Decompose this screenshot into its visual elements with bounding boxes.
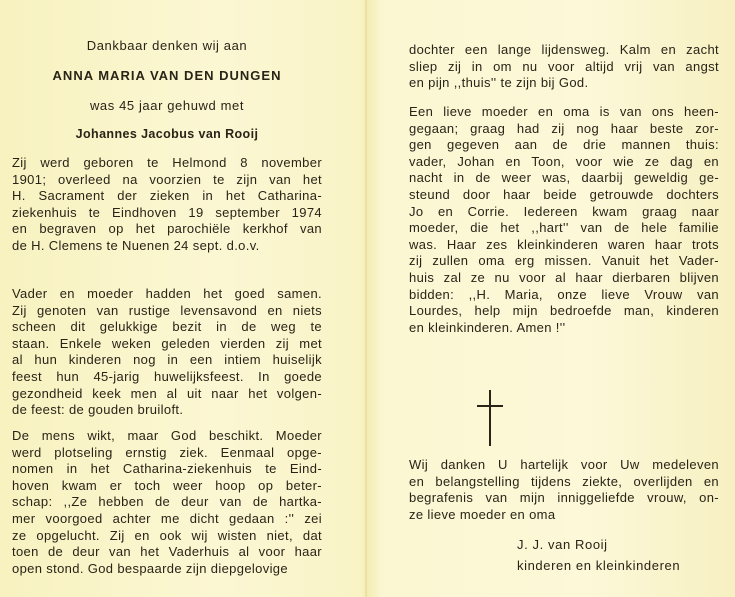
text-line: sliep zij in om nu voor altijd vrij van … (409, 59, 719, 76)
text-line: al hun kinderen nog in een intiem huisel… (12, 352, 322, 369)
spouse-name: Johannes Jacobus van Rooij (12, 127, 322, 141)
married-line: was 45 jaar gehuwd met (12, 98, 322, 113)
text-line: De mens wikt, maar God beschikt. Moeder (12, 428, 322, 445)
paragraph-marriage: Vader en moeder hadden het goed samen.Zi… (12, 286, 322, 419)
text-line: nomen in het Catharina-ziekenhuis te Ein… (12, 461, 322, 478)
text-line: open stond. God bespaarde zijn diepgelov… (12, 561, 322, 578)
text-line: de H. Clemens te Nuenen 24 sept. d.o.v. (12, 238, 322, 255)
text-line: steund door haar beide getrouwde dochter… (409, 187, 719, 204)
text-line: mer voorgoed achter me dicht gedaan :'' … (12, 511, 322, 528)
text-line: Lourdes, help mijn bedroefde man, kinder… (409, 303, 719, 320)
text-line: ziekenhuis te Eindhoven 19 september 197… (12, 205, 322, 222)
paragraph-illness: De mens wikt, maar God beschikt. Moederw… (12, 428, 322, 577)
text-line: was. Haar zes kleinkinderen waren haar t… (409, 237, 719, 254)
text-line: Zij genoten van rustige levensavond en n… (12, 303, 322, 320)
text-line: Wij danken U hartelijk voor Uw medeleven (409, 457, 719, 474)
paragraph-thanks: Wij danken U hartelijk voor Uw medeleven… (409, 457, 719, 523)
text-line: H. Sacrament der zieken in het Catharina… (12, 188, 322, 205)
deceased-name: ANNA MARIA VAN DEN DUNGEN (12, 68, 322, 83)
text-line: de feest: de gouden bruiloft. (12, 402, 322, 419)
text-line: moeder, die het ,,hart'' van de hele fam… (409, 220, 719, 237)
paragraph-birth-death: Zij werd geboren te Helmond 8 november19… (12, 155, 322, 255)
text-line: nacht in de weer was, daarbij geweldig g… (409, 170, 719, 187)
memorial-card: Dankbaar denken wij aan ANNA MARIA VAN D… (0, 0, 735, 597)
text-line: begrafenis van mijn inniggeliefde vrouw,… (409, 490, 719, 507)
text-line: en belangstelling tijdens ziekte, overli… (409, 474, 719, 491)
text-line: gen gegeven aan de drie mannen thuis: (409, 137, 719, 154)
card-fold (365, 0, 367, 597)
text-line: 1901; overleed na voorzien te zijn van h… (12, 172, 322, 189)
text-line: huis zal ze nu voor al haar dierbaren bl… (409, 270, 719, 287)
text-line: ze opgelucht. Zij en ook wij wisten niet… (12, 528, 322, 545)
signature-family: kinderen en kleinkinderen (517, 558, 680, 573)
text-line: feest hun 45-jarig huwelijksfeest. In go… (12, 369, 322, 386)
paragraph-passing: dochter een lange lijdensweg. Kalm en za… (409, 42, 719, 92)
text-line: staan. Enkele weken geleden vierden zij … (12, 336, 322, 353)
intro-line: Dankbaar denken wij aan (12, 38, 322, 53)
cross-icon (477, 390, 507, 448)
text-line: en begraven op het parochiële kerkhof va… (12, 221, 322, 238)
text-line: ze lieve moeder en oma (409, 507, 719, 524)
text-line: zij zullen oma erg missen. Vanuit het Va… (409, 253, 719, 270)
text-line: dochter een lange lijdensweg. Kalm en za… (409, 42, 719, 59)
text-line: Zij werd geboren te Helmond 8 november (12, 155, 322, 172)
text-line: bidden: ,,H. Maria, onze lieve Vrouw van (409, 287, 719, 304)
text-line: schap: ,,Ze hebben de deur van de hartka… (12, 494, 322, 511)
text-line: en kleinkinderen. Amen !'' (409, 320, 719, 337)
text-line: scheen dit gelukkige bezit in de weg te (12, 319, 322, 336)
text-line: werd plotseling ernstig ziek. Eenmaal op… (12, 445, 322, 462)
signature-name: J. J. van Rooij (517, 537, 608, 552)
text-line: vader, Johan en Toon, voor wie ze dag en (409, 154, 719, 171)
text-line: gezondheid keek men al uit naar het volg… (12, 386, 322, 403)
text-line: toen de deur van het Vaderhuis al voor h… (12, 544, 322, 561)
text-line: gegaan; graag had zij nog haar beste zor… (409, 121, 719, 138)
text-line: Vader en moeder hadden het goed samen. (12, 286, 322, 303)
text-line: Een lieve moeder en oma is van ons heen- (409, 104, 719, 121)
text-line: Jo en Corrie. Iedereen kwam graag naar (409, 204, 719, 221)
text-line: hoven kwam er toch weer hoop op beter- (12, 478, 322, 495)
paragraph-family: Een lieve moeder en oma is van ons heen-… (409, 104, 719, 336)
text-line: en pijn ,,thuis'' te zijn bij God. (409, 75, 719, 92)
